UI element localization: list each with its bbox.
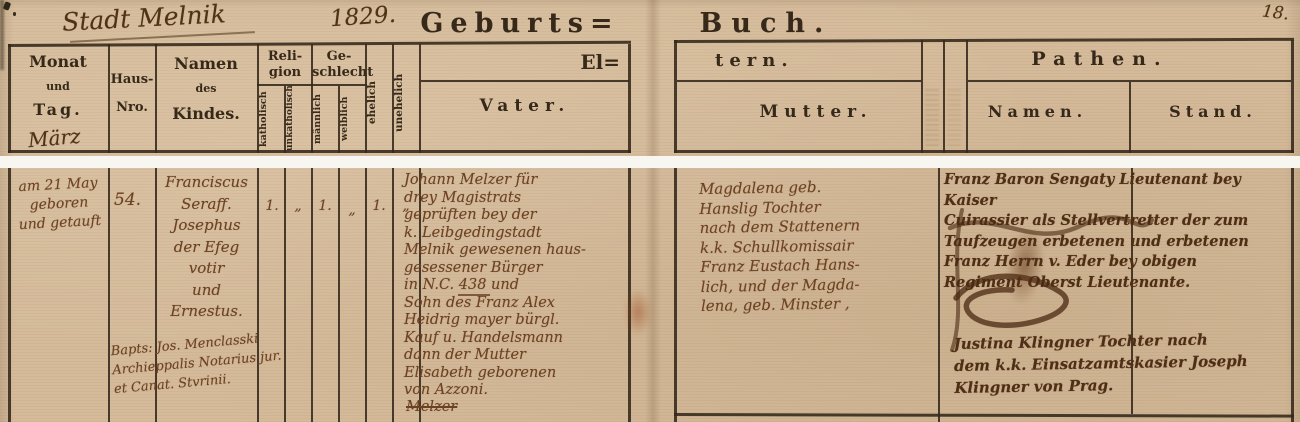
- table-line: [674, 168, 677, 422]
- bleedthrough-text: [947, 88, 961, 146]
- year-annotation: 1829.: [329, 2, 397, 33]
- column-header-religion2: gion: [258, 65, 312, 80]
- table-line: [966, 40, 968, 153]
- entry-child-names: Franciscus Seraff. Josephus der Efeg vot…: [158, 172, 255, 323]
- column-header-pathen-stand: Stand.: [1148, 102, 1278, 121]
- column-header-haus-nro: Nro.: [109, 100, 155, 115]
- mark-ehelich: 1.: [367, 198, 391, 214]
- entry-father: Johann Melzer für drey Magistrats geprüf…: [404, 172, 628, 400]
- table-line: [943, 40, 945, 153]
- column-header-namen-des: des: [157, 82, 255, 95]
- column-header-monat: Monat: [10, 52, 106, 71]
- column-header-maennlich: männlich: [312, 87, 338, 151]
- column-header-namen: Namen: [157, 54, 255, 73]
- column-header-pathen-namen: Namen.: [975, 102, 1100, 121]
- mark-katholisch: 1.: [260, 198, 284, 214]
- column-header-ehelich: ehelich: [366, 56, 392, 150]
- column-header-geschlecht2: schlecht: [312, 65, 366, 80]
- table-line: [1291, 40, 1294, 153]
- column-header-religion: Reli-: [258, 49, 312, 64]
- entry-date: am 21 May geboren und getauft: [11, 174, 108, 236]
- mark-unkatholisch: „: [286, 198, 310, 214]
- table-line: [1129, 82, 1131, 153]
- table-line: [674, 40, 677, 153]
- table-line: [968, 80, 1291, 82]
- table-line: [921, 40, 923, 153]
- column-header-weiblich: weiblich: [339, 87, 365, 151]
- mark-weiblich: „: [340, 202, 364, 218]
- book-title-right: Buch.: [696, 8, 836, 39]
- column-header-mutter: Mutter.: [756, 102, 876, 122]
- column-header-monat-tag: Tag.: [10, 100, 106, 119]
- page-number: 18.: [1261, 1, 1290, 24]
- book-title-left: Geburts=: [420, 8, 620, 39]
- table-line: [677, 80, 921, 82]
- table-line: [311, 84, 367, 86]
- entry-baptism-note: Bapts: Jos. Menclasski Archieppalis Nota…: [110, 322, 349, 399]
- entry-house-number: 54.: [114, 190, 141, 210]
- entry-godparent-2: Justina Klingner Tochter nach dem k.k. E…: [953, 327, 1299, 399]
- table-line: [421, 80, 629, 82]
- register-scan: Stadt Melnik 1829. Geburts= Buch. 18. Mo…: [0, 0, 1300, 422]
- column-header-vater: Vater.: [421, 96, 629, 116]
- column-header-monat-und: und: [10, 80, 106, 93]
- ink-speck: [3, 1, 11, 11]
- page-fold-shadow: [645, 0, 661, 422]
- table-line: [628, 168, 631, 422]
- column-header-eltern-el: El=: [560, 50, 620, 74]
- column-header-eltern-tern: tern.: [715, 50, 825, 71]
- column-header-haus: Haus-: [109, 72, 155, 87]
- place-annotation: Stadt Melnik: [61, 0, 282, 37]
- mark-maennlich: 1.: [313, 198, 337, 214]
- table-line: [108, 168, 110, 422]
- bleedthrough-text: [925, 88, 939, 146]
- table-line: [674, 413, 1294, 418]
- table-line: [8, 168, 11, 422]
- table-line: [108, 44, 110, 153]
- column-header-unehelich: unehelich: [393, 56, 419, 150]
- column-header-namen-kindes: Kindes.: [157, 104, 255, 123]
- column-header-unkatholisch: unkatholisch: [285, 87, 311, 151]
- entry-father-struck-word: Melzer: [406, 399, 457, 415]
- entry-mother: Magdalena geb. Hanslig Tochter nach dem …: [699, 176, 933, 317]
- column-header-pathen: Pathen.: [1020, 48, 1180, 70]
- column-header-geschlecht: Ge-: [312, 49, 366, 64]
- ink-speck: [13, 12, 16, 16]
- table-line: [8, 41, 631, 47]
- table-line: [674, 150, 1294, 153]
- month-handwritten: März: [27, 124, 81, 152]
- page-edge-shadow: [0, 0, 4, 70]
- column-header-katholisch: katholisch: [258, 87, 284, 151]
- scan-seam: [0, 156, 1300, 168]
